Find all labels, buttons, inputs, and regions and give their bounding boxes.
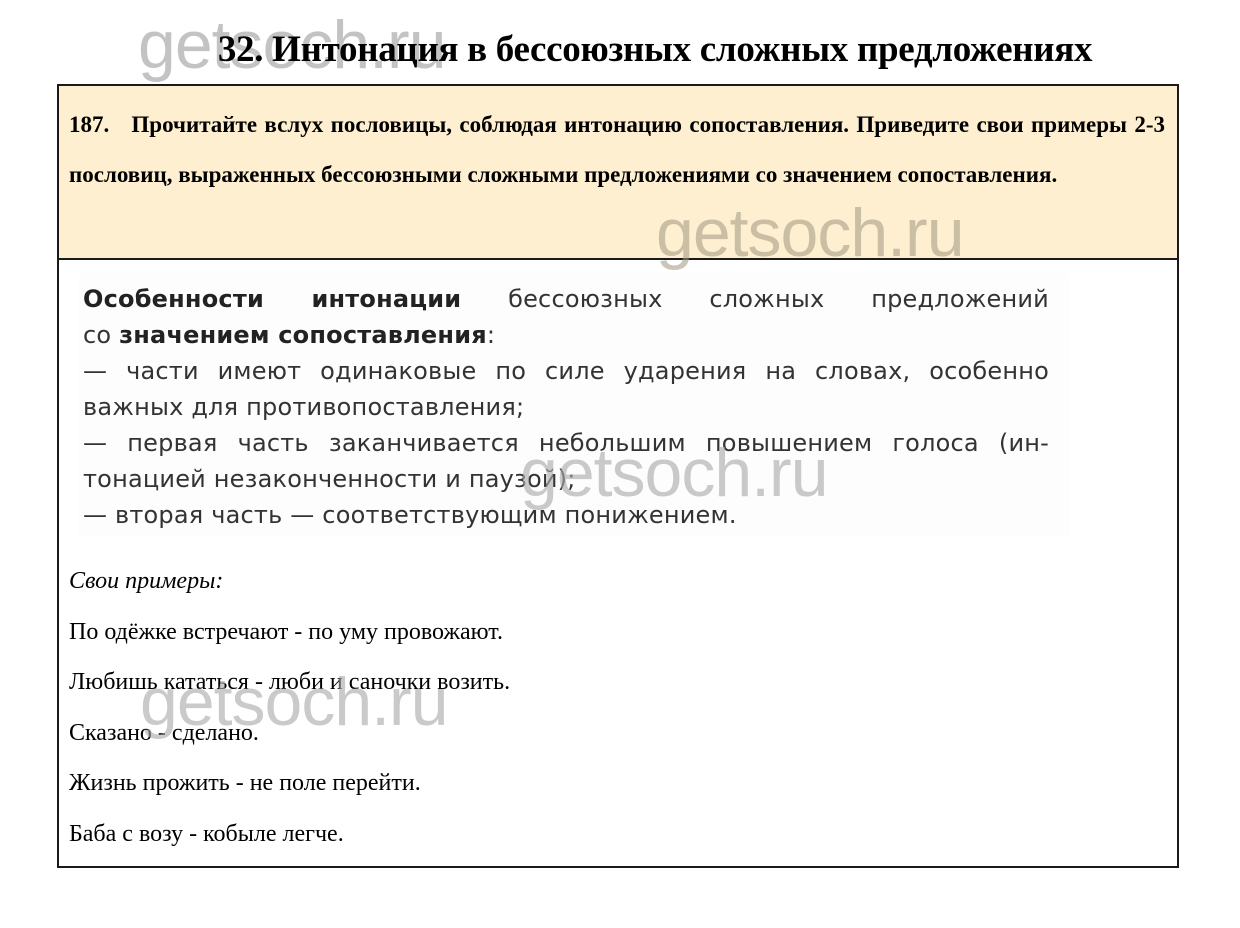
examples-section: Свои примеры: По одёжке встречают - по у… — [69, 556, 510, 859]
rule-bold-term: значением сопоставления — [119, 321, 487, 349]
task-instruction: Прочитайте вслух пословицы, соблюдая инт… — [69, 112, 1165, 187]
examples-caption: Свои примеры: — [69, 556, 510, 607]
rule-line-7: — вторая часть — соответствующим понижен… — [83, 497, 1049, 533]
example-item: Баба с возу - кобыле легче. — [69, 809, 510, 860]
example-item: Жизнь прожить - не поле перейти. — [69, 758, 510, 809]
example-item: По одёжке встречают - по уму провожают. — [69, 607, 510, 658]
task-header: 187. Прочитайте вслух пословицы, соблюда… — [59, 86, 1177, 260]
rule-line-3: — части имеют одинаковые по силе ударени… — [83, 353, 1049, 389]
rule-line-5: — первая часть заканчивается небольшим п… — [83, 425, 1049, 461]
rule-excerpt-image: Особенности интонации бессоюзных сложных… — [79, 273, 1069, 537]
rule-bold-term: Особенности интонации — [83, 285, 461, 313]
task-number: 187. — [69, 112, 109, 137]
page-title-text: 32. Интонация в бессоюзных сложных предл… — [218, 29, 1092, 70]
task-box: 187. Прочитайте вслух пословицы, соблюда… — [57, 84, 1179, 868]
rule-text: : — [487, 321, 495, 349]
rule-line-4: важных для противопоставления; — [83, 389, 1049, 425]
example-item: Любишь кататься - люби и саночки возить. — [69, 657, 510, 708]
rule-line-2: со значением сопоставления: — [83, 317, 1049, 353]
rule-line-1: Особенности интонации бессоюзных сложных… — [83, 281, 1049, 317]
task-text: 187. Прочитайте вслух пословицы, соблюда… — [69, 100, 1165, 200]
rule-line-6: тонацией незаконченности и паузой); — [83, 461, 1049, 497]
page-title: 32. Интонация в бессоюзных сложных предл… — [0, 28, 1240, 71]
example-item: Сказано - сделано. — [69, 708, 510, 759]
rule-text: со — [83, 321, 111, 349]
rule-text: бессоюзных сложных предложений — [508, 285, 1049, 313]
